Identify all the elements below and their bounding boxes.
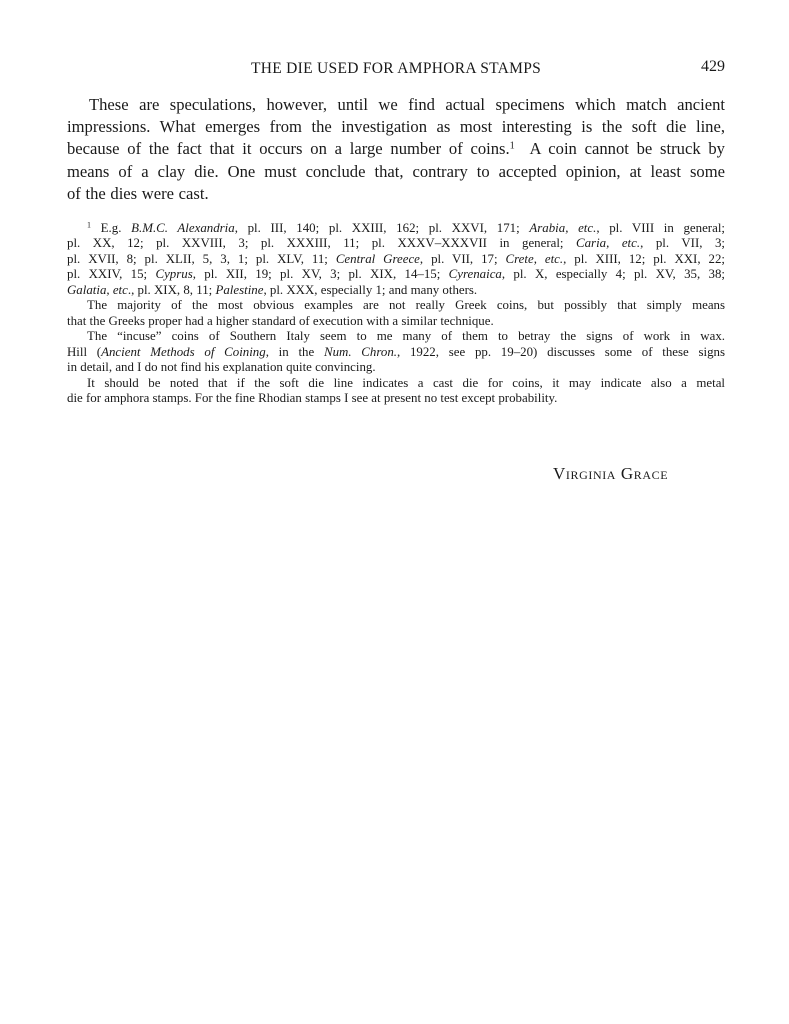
italic-citation: Central Greece [336,252,420,266]
citation-text: , pl. XIII, 12; pl. XXI, 22; [563,252,725,266]
body-line: because of the fact that it occurs on a … [67,138,725,160]
body-line: impressions. What emerges from the inves… [67,116,725,138]
footnote-1-line: pl. XVII, 8; pl. XLII, 5, 3, 1; pl. XLV,… [67,252,725,267]
running-head: THE DIE USED FOR AMPHORA STAMPS 429 [67,58,725,80]
italic-citation: Cyrenaica [449,267,502,281]
footnote-2-line: that the Greeks proper had a higher stan… [67,314,725,329]
body-line: These are speculations, however, until w… [67,94,725,116]
citation-text: pl. XXIV, 15; [67,267,155,281]
italic-citation: Num. Chron. [324,345,397,359]
citation-text: ., pl. XIX, 8, 11; [128,283,216,297]
citation-text: E.g. [91,221,131,235]
body-line: means of a clay die. One must conclude t… [67,161,725,183]
footnote-1-line: pl. XXIV, 15; Cyprus, pl. XII, 19; pl. X… [67,267,725,282]
citation-text: , pl. VIII in general; [596,221,725,235]
body-line-text: A coin cannot be struck by [515,139,725,158]
italic-citation: B.M.C. Alexandria [131,221,235,235]
citation-text: , pl. VII, 17; [420,252,506,266]
citation-text: , pl. VII, 3; [640,236,725,250]
footnote-3-line: Hill (Ancient Methods of Coining, in the… [67,345,725,360]
citation-text: , pl. III, 140; pl. XXIII, 162; pl. XXVI… [235,221,530,235]
footnote-1-line: 1 E.g. B.M.C. Alexandria, pl. III, 140; … [67,221,725,236]
footnote-3-line: The “incuse” coins of Southern Italy see… [67,329,725,344]
footnote-4-line: It should be noted that if the soft die … [67,376,725,391]
italic-citation: Palestine [215,283,263,297]
running-head-title: THE DIE USED FOR AMPHORA STAMPS [67,60,725,78]
footnotes: 1 E.g. B.M.C. Alexandria, pl. III, 140; … [67,221,725,406]
italic-citation: Crete, etc. [506,252,564,266]
footnote-1-line: pl. XX, 12; pl. XXVIII, 3; pl. XXXIII, 1… [67,236,725,251]
body-paragraph: These are speculations, however, until w… [67,94,725,205]
citation-text: , in the [266,345,324,359]
page-number: 429 [701,58,725,76]
italic-citation: Arabia, etc. [529,221,596,235]
italic-citation: Galatia, etc [67,283,128,297]
italic-citation: Ancient Methods of Coining [101,345,266,359]
italic-citation: Caria, etc. [576,236,640,250]
citation-text: , pl. XXX, especially 1; and many others… [263,283,477,297]
citation-text: pl. XX, 12; pl. XXVIII, 3; pl. XXXIII, 1… [67,236,576,250]
italic-citation: Cyprus [155,267,192,281]
body-line: of the dies were cast. [67,183,725,205]
footnote-4-line: die for amphora stamps. For the fine Rho… [67,391,725,406]
footnote-3-line: in detail, and I do not find his explana… [67,360,725,375]
citation-text: , 1922, see pp. 19–20) discusses some of… [397,345,725,359]
citation-text: , pl. X, especially 4; pl. XV, 35, 38; [502,267,725,281]
footnote-1-line: Galatia, etc., pl. XIX, 8, 11; Palestine… [67,283,725,298]
citation-text: pl. XVII, 8; pl. XLII, 5, 3, 1; pl. XLV,… [67,252,336,266]
body-line-text: because of the fact that it occurs on a … [67,139,510,158]
citation-text: , pl. XII, 19; pl. XV, 3; pl. XIX, 14–15… [193,267,449,281]
author-signature: Virginia Grace [553,464,668,484]
footnote-2-line: The majority of the most obvious example… [67,298,725,313]
citation-text: Hill ( [67,345,101,359]
